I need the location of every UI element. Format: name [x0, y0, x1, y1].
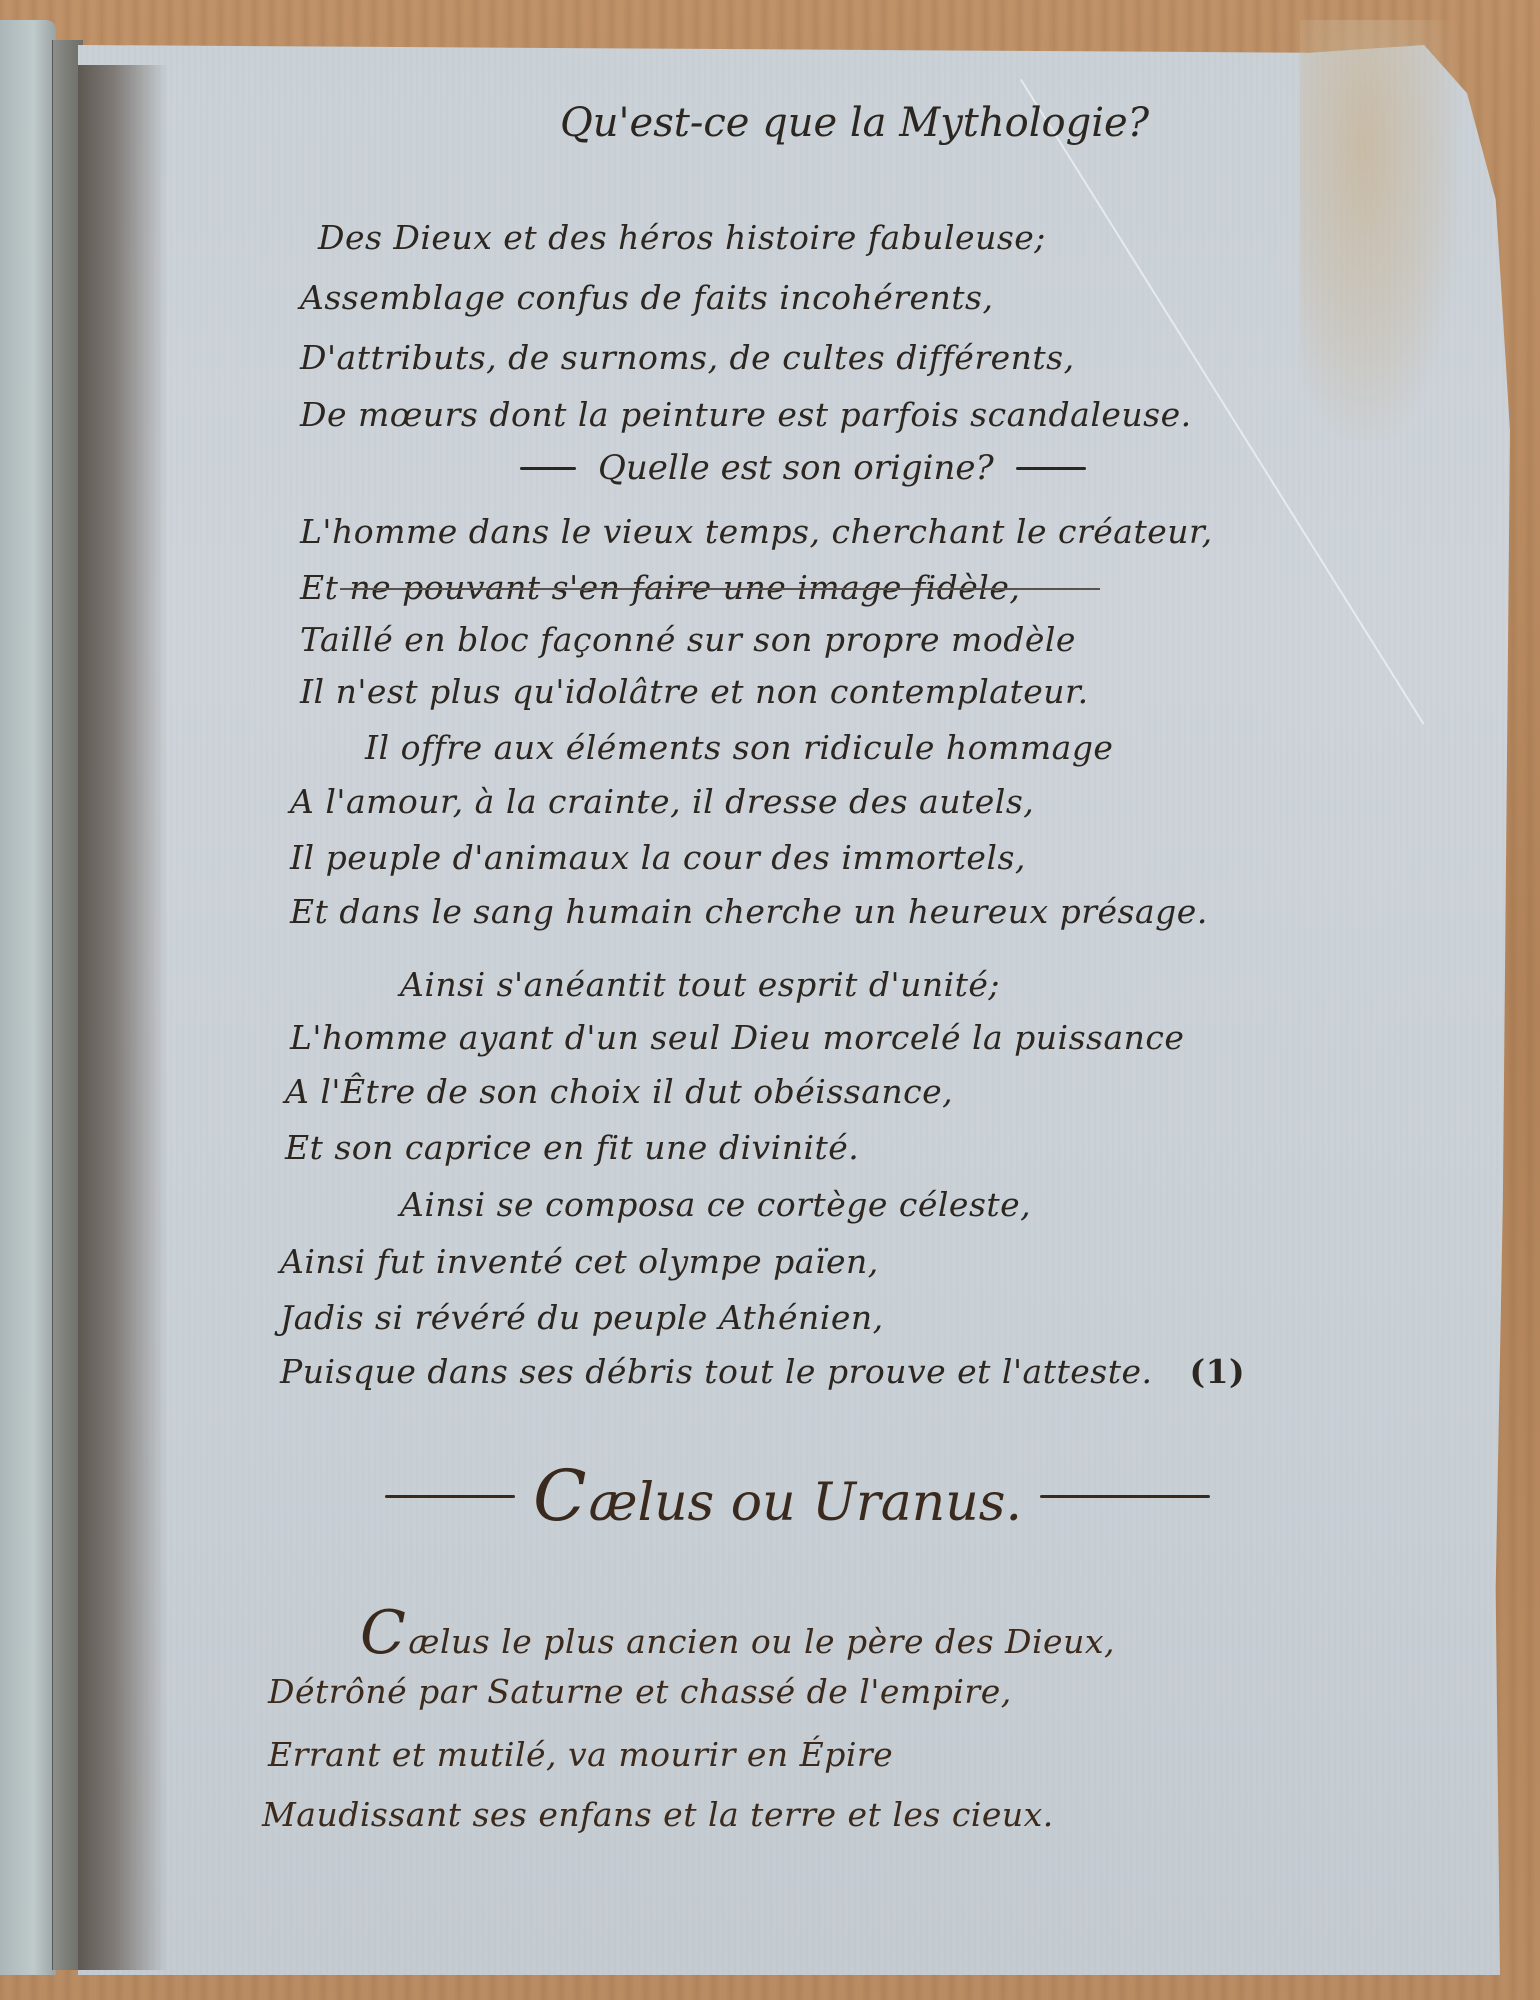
- stanza-2-line-3: Taillé en bloc façonné sur son propre mo…: [300, 620, 1076, 659]
- section-subtitle: Quelle est son origine?: [520, 448, 1086, 488]
- stanza-5-line-4-text: Puisque dans ses débris tout le prouve e…: [280, 1352, 1152, 1391]
- stanza-1-line-3: D'attributs, de surnoms, de cultes diffé…: [300, 338, 1075, 377]
- photo-scene: Qu'est-ce que la Mythologie? Des Dieux e…: [0, 0, 1540, 2000]
- stanza-3-line-4: Et dans le sang humain cherche un heureu…: [290, 892, 1208, 931]
- stanza-4-line-4: Et son caprice en fit une divinité.: [285, 1128, 859, 1167]
- handwriting-layer: Qu'est-ce que la Mythologie? Des Dieux e…: [0, 0, 1540, 2000]
- stanza-1-line-1: Des Dieux et des héros histoire fabuleus…: [318, 218, 1046, 257]
- subtitle-dash-right: [1016, 467, 1086, 470]
- stanza-2-line-4: Il n'est plus qu'idolâtre et non contemp…: [300, 672, 1089, 711]
- stanza-5-line-1: Ainsi se composa ce cortège céleste,: [400, 1185, 1031, 1224]
- stanza-6-line-2: Détrôné par Saturne et chassé de l'empir…: [268, 1672, 1012, 1711]
- stanza-2-line-1: L'homme dans le vieux temps, cherchant l…: [300, 512, 1213, 551]
- stanza-5-line-2: Ainsi fut inventé cet olympe païen,: [280, 1242, 879, 1281]
- heading-dash-left: [385, 1495, 515, 1498]
- page-title: Qu'est-ce que la Mythologie?: [560, 100, 1149, 146]
- subtitle-text: Quelle est son origine?: [598, 448, 994, 488]
- stanza-6-line-1: Cælus le plus ancien ou le père des Dieu…: [360, 1598, 1115, 1668]
- stanza-4-line-3: A l'Être de son choix il dut obéissance,: [285, 1072, 953, 1111]
- stanza-3-line-2: A l'amour, à la crainte, il dresse des a…: [290, 782, 1034, 821]
- stanza-6-initial: C: [360, 1598, 406, 1668]
- heading-dash-right: [1040, 1495, 1210, 1498]
- stanza-6-line-3: Errant et mutilé, va mourir en Épire: [268, 1735, 893, 1774]
- stanza-3-line-1: Il offre aux éléments son ridicule homma…: [365, 728, 1113, 767]
- section-heading-text: Cælus ou Uranus.: [533, 1455, 1022, 1537]
- stanza-6-line-4: Maudissant ses enfans et la terre et les…: [262, 1795, 1054, 1834]
- stanza-5-line-3: Jadis si révéré du peuple Athénien,: [280, 1298, 884, 1337]
- stanza-1-line-2: Assemblage confus de faits incohérents,: [300, 278, 993, 317]
- footnote-marker: (1): [1189, 1352, 1245, 1391]
- stanza-6-line-1-text: ælus le plus ancien ou le père des Dieux…: [408, 1622, 1115, 1661]
- stanza-3-line-3: Il peuple d'animaux la cour des immortel…: [290, 838, 1026, 877]
- stanza-4-line-1: Ainsi s'anéantit tout esprit d'unité;: [400, 965, 1000, 1004]
- stanza-5-line-4: Puisque dans ses débris tout le prouve e…: [280, 1352, 1245, 1391]
- stanza-2-line-2-struck: Et ne pouvant s'en faire une image fidèl…: [300, 568, 1540, 607]
- stanza-1-line-4: De mœurs dont la peinture est parfois sc…: [300, 395, 1192, 434]
- heading-rest: ælus ou Uranus.: [589, 1473, 1022, 1533]
- subtitle-dash-left: [520, 467, 576, 470]
- heading-initial: C: [533, 1455, 587, 1537]
- section-heading: Cælus ou Uranus.: [385, 1455, 1210, 1537]
- strikethrough-mark: [340, 588, 1100, 590]
- stanza-4-line-2: L'homme ayant d'un seul Dieu morcelé la …: [290, 1018, 1184, 1057]
